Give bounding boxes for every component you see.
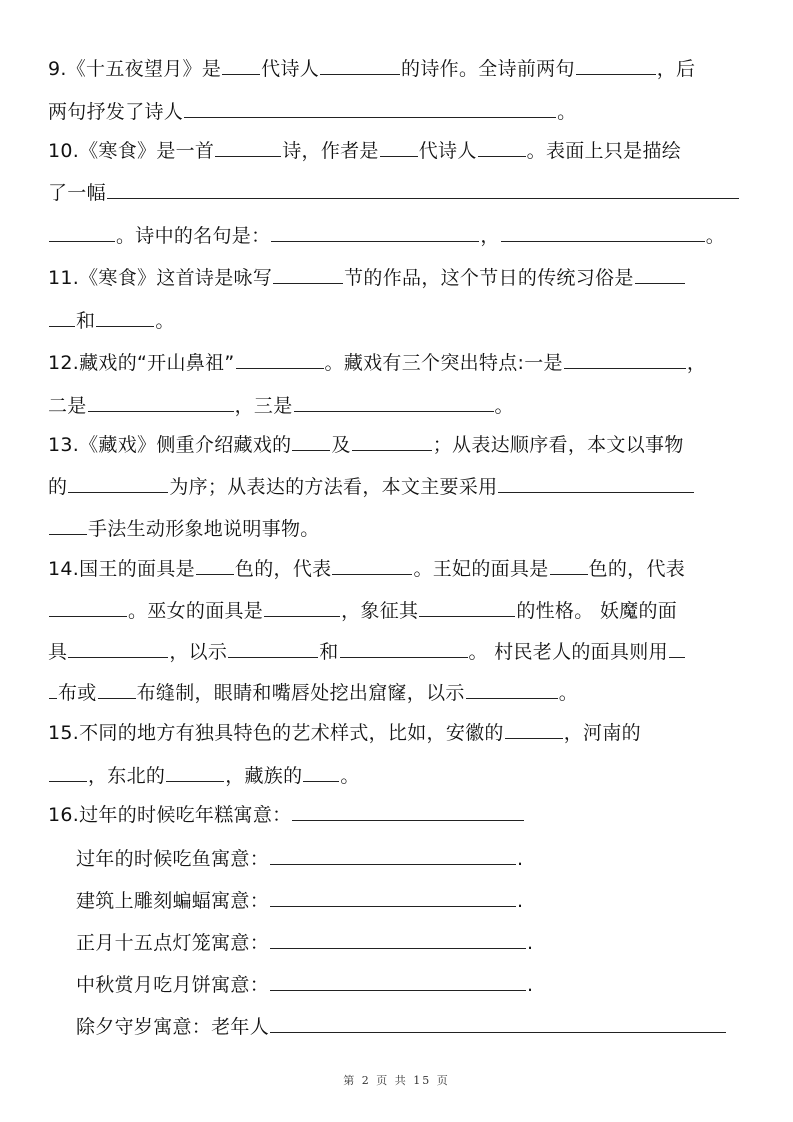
question-16-line: 过年的时候吃鱼寓意：. xyxy=(76,842,523,872)
answer-blank[interactable] xyxy=(270,1010,726,1033)
question-text: ，藏族的 xyxy=(225,761,302,791)
question-text: 及 xyxy=(331,430,350,460)
answer-blank[interactable] xyxy=(271,219,479,242)
answer-blank[interactable] xyxy=(352,428,432,451)
question-13-line: 手法生动形象地说明事物。 xyxy=(48,512,320,542)
question-14-line: 14.国王的面具是色的，代表。王妃的面具是色的，代表 xyxy=(48,552,685,582)
answer-blank[interactable] xyxy=(166,759,224,782)
answer-blank[interactable] xyxy=(466,676,558,699)
question-text: 过年的时候吃鱼寓意： xyxy=(76,844,269,874)
question-text: 布或 xyxy=(58,678,97,708)
question-16-line: 正月十五点灯笼寓意：. xyxy=(76,926,533,956)
question-text: 色的，代表 xyxy=(235,554,332,584)
question-text: ，后 xyxy=(657,54,696,84)
question-text: 代诗人 xyxy=(261,54,319,84)
question-14-line: 。巫女的面具是，象征其的性格。 妖魔的面 xyxy=(48,594,677,624)
answer-blank[interactable] xyxy=(380,134,418,157)
question-text: 。 xyxy=(557,97,576,127)
question-text: 和 xyxy=(319,637,338,667)
question-text: 两句抒发了诗人 xyxy=(48,97,183,127)
answer-blank[interactable] xyxy=(49,219,115,242)
question-text: 正月十五点灯笼寓意： xyxy=(76,928,269,958)
question-text: 。巫女的面具是 xyxy=(128,596,263,626)
page-footer: 第 2 页 共 15 页 xyxy=(0,1072,793,1088)
question-text: 11.《寒食》这首诗是咏写 xyxy=(48,263,272,293)
question-text: 10.《寒食》是一首 xyxy=(48,136,214,166)
answer-blank[interactable] xyxy=(49,759,87,782)
answer-blank[interactable] xyxy=(270,884,516,907)
answer-blank[interactable] xyxy=(273,261,343,284)
question-13-line: 的为序；从表达的方法看，本文主要采用 xyxy=(48,470,695,500)
question-13-line: 13.《藏戏》侧重介绍藏戏的及；从表达顺序看，本文以事物 xyxy=(48,428,684,458)
answer-blank[interactable] xyxy=(270,926,526,949)
answer-blank[interactable] xyxy=(505,716,563,739)
question-text: . xyxy=(527,970,533,1000)
question-text: 具 xyxy=(48,637,67,667)
question-text: 代诗人 xyxy=(419,136,477,166)
question-text: 为序；从表达的方法看，本文主要采用 xyxy=(169,472,497,502)
question-text: 二是 xyxy=(48,391,87,421)
question-text: 除夕守岁寓意：老年人 xyxy=(76,1012,269,1042)
question-text: 节的作品，这个节日的传统习俗是 xyxy=(344,263,634,293)
question-10-line: 。诗中的名句是：，。 xyxy=(48,219,725,249)
question-15-line: ，东北的，藏族的。 xyxy=(48,759,360,789)
question-text: ， xyxy=(687,348,706,378)
question-text: 13.《藏戏》侧重介绍藏戏的 xyxy=(48,430,291,460)
question-10-line: 10.《寒食》是一首诗，作者是代诗人。表面上只是描绘 xyxy=(48,134,681,164)
question-12-line: 二是，三是。 xyxy=(48,389,514,419)
question-14-line: 具，以示和。 村民老人的面具则用 xyxy=(48,635,686,665)
question-11-line: 11.《寒食》这首诗是咏写节的作品，这个节日的传统习俗是 xyxy=(48,261,686,291)
question-text: 。 村民老人的面具则用 xyxy=(469,637,668,667)
question-text: 的性格。 妖魔的面 xyxy=(516,596,677,626)
answer-blank[interactable] xyxy=(49,304,75,327)
question-16-line: 建筑上雕刻蝙蝠寓意：. xyxy=(76,884,523,914)
question-text: 14.国王的面具是 xyxy=(48,554,195,584)
question-text: 。 xyxy=(706,221,725,251)
question-text: 。表面上只是描绘 xyxy=(527,136,681,166)
answer-blank[interactable] xyxy=(564,346,686,369)
question-14-line: 布或布缝制，眼睛和嘴唇处挖出窟窿，以示。 xyxy=(48,676,578,706)
question-text: 中秋赏月吃月饼寓意： xyxy=(76,970,269,1000)
question-text: 色的，代表 xyxy=(589,554,686,584)
question-text: 。 xyxy=(340,761,359,791)
answer-blank[interactable] xyxy=(228,635,318,658)
question-text: 诗，作者是 xyxy=(282,136,379,166)
answer-blank[interactable] xyxy=(635,261,685,284)
answer-blank[interactable] xyxy=(264,594,340,617)
answer-blank[interactable] xyxy=(270,968,526,991)
question-text: ，东北的 xyxy=(88,761,165,791)
answer-blank[interactable] xyxy=(215,134,281,157)
question-text: 。王妃的面具是 xyxy=(413,554,548,584)
answer-blank[interactable] xyxy=(332,552,412,575)
answer-blank[interactable] xyxy=(49,594,127,617)
question-text: 建筑上雕刻蝙蝠寓意： xyxy=(76,886,269,916)
answer-blank[interactable] xyxy=(669,635,685,658)
answer-blank[interactable] xyxy=(320,52,400,75)
question-16-line: 除夕守岁寓意：老年人 xyxy=(76,1010,727,1040)
answer-blank[interactable] xyxy=(196,552,234,575)
question-15-line: 15.不同的地方有独具特色的艺术样式，比如，安徽的，河南的 xyxy=(48,716,641,746)
question-text: 的诗作。全诗前两句 xyxy=(401,54,575,84)
answer-blank[interactable] xyxy=(576,52,656,75)
answer-blank[interactable] xyxy=(340,635,468,658)
question-text: 了一幅 xyxy=(48,178,106,208)
answer-blank[interactable] xyxy=(68,635,168,658)
question-text: 。 xyxy=(155,306,174,336)
question-text: ；从表达顺序看，本文以事物 xyxy=(433,430,684,460)
question-text: 16.过年的时候吃年糕寓意： xyxy=(48,800,291,830)
question-text: . xyxy=(517,886,523,916)
question-text: . xyxy=(527,928,533,958)
question-text: ，以示 xyxy=(169,637,227,667)
answer-blank[interactable] xyxy=(294,389,494,412)
question-9-line: 两句抒发了诗人。 xyxy=(48,95,576,125)
answer-blank[interactable] xyxy=(419,594,515,617)
question-text: 9.《十五夜望月》是 xyxy=(48,54,221,84)
question-text: . xyxy=(517,844,523,874)
answer-blank[interactable] xyxy=(303,759,339,782)
question-text: 。 xyxy=(495,391,514,421)
answer-blank[interactable] xyxy=(292,798,524,821)
answer-blank[interactable] xyxy=(550,552,588,575)
question-text: 12.藏戏的“开山鼻祖” xyxy=(48,348,235,378)
question-text: 布缝制，眼睛和嘴唇处挖出窟窿，以示 xyxy=(137,678,465,708)
answer-blank[interactable] xyxy=(49,512,87,535)
question-11-line: 和。 xyxy=(48,304,175,334)
question-12-line: 12.藏戏的“开山鼻祖”。藏戏有三个突出特点:一是， xyxy=(48,346,706,376)
answer-blank[interactable] xyxy=(236,346,324,369)
answer-blank[interactable] xyxy=(222,52,260,75)
question-9-line: 9.《十五夜望月》是代诗人的诗作。全诗前两句，后 xyxy=(48,52,695,82)
question-text: 。藏戏有三个突出特点:一是 xyxy=(325,348,563,378)
answer-blank[interactable] xyxy=(501,219,705,242)
question-text: 。 xyxy=(559,678,578,708)
question-10-line: 了一幅 xyxy=(48,176,740,206)
answer-blank[interactable] xyxy=(49,676,57,699)
question-16-line: 中秋赏月吃月饼寓意：. xyxy=(76,968,533,998)
answer-blank[interactable] xyxy=(292,428,330,451)
question-text: ， xyxy=(480,221,499,251)
answer-blank[interactable] xyxy=(270,842,516,865)
question-text: ，象征其 xyxy=(341,596,418,626)
worksheet-page: 9.《十五夜望月》是代诗人的诗作。全诗前两句，后两句抒发了诗人。10.《寒食》是… xyxy=(0,0,793,1122)
question-text: ，河南的 xyxy=(564,718,641,748)
answer-blank[interactable] xyxy=(184,95,556,118)
question-16-line: 16.过年的时候吃年糕寓意： xyxy=(48,798,525,828)
answer-blank[interactable] xyxy=(498,470,694,493)
answer-blank[interactable] xyxy=(68,470,168,493)
question-text: 15.不同的地方有独具特色的艺术样式，比如，安徽的 xyxy=(48,718,504,748)
answer-blank[interactable] xyxy=(478,134,526,157)
question-text: 手法生动形象地说明事物。 xyxy=(88,514,320,544)
question-text: 。诗中的名句是： xyxy=(116,221,270,251)
question-text: 和 xyxy=(76,306,95,336)
answer-blank[interactable] xyxy=(88,389,234,412)
question-text: ，三是 xyxy=(235,391,293,421)
answer-blank[interactable] xyxy=(96,304,154,327)
question-text: 的 xyxy=(48,472,67,502)
answer-blank[interactable] xyxy=(98,676,136,699)
answer-blank[interactable] xyxy=(107,176,739,199)
